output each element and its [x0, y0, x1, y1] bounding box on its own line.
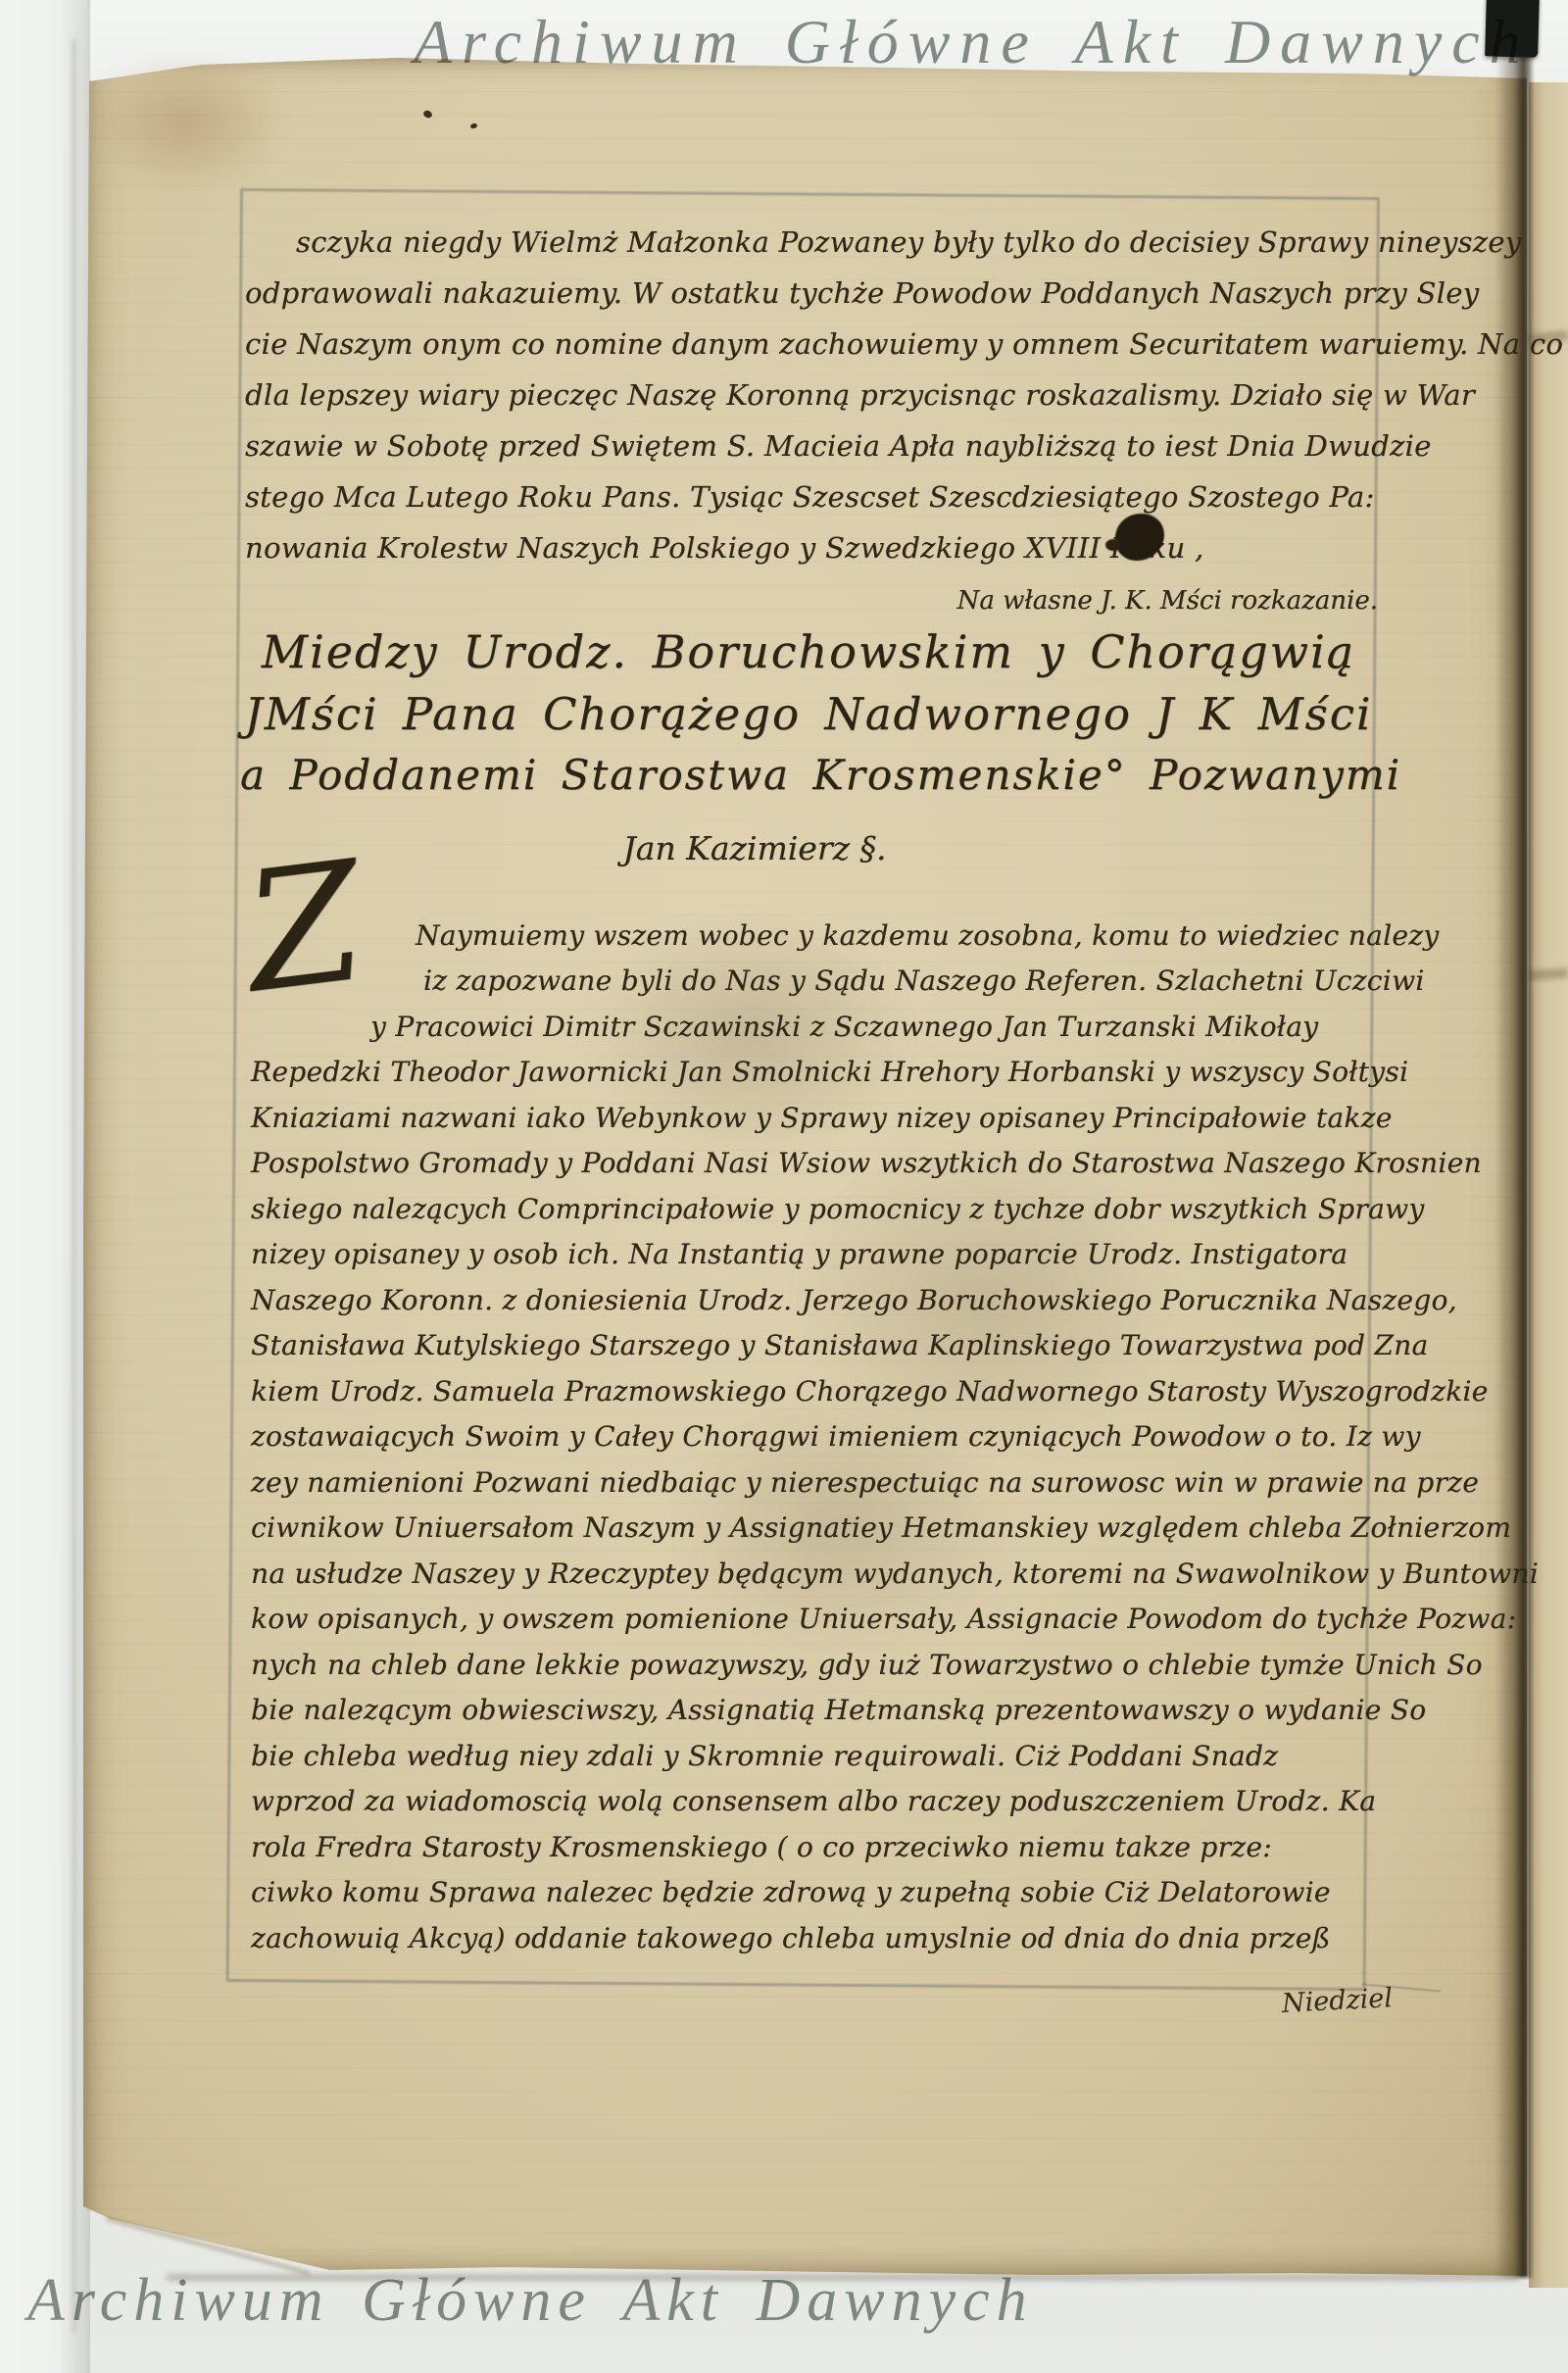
manuscript-line: y Pracowici Dimitr Sczawinski z Sczawneg… — [370, 1011, 1318, 1043]
manuscript-line: stego Mca Lutego Roku Pans. Tysiąc Szesc… — [245, 480, 1375, 514]
manuscript-line: Naszego Koronn. z doniesienia Urodz. Jer… — [251, 1284, 1457, 1316]
manuscript-line: bie chleba według niey zdali y Skromnie … — [251, 1740, 1278, 1772]
next-page-sliver — [1529, 82, 1568, 2288]
manuscript-line: nizey opisaney y osob ich. Na Instantią … — [251, 1238, 1347, 1270]
case-heading-line: JMści Pana Chorążego Nadwornego J K Mści — [240, 688, 1377, 740]
manuscript-line: zey namienioni Pozwani niedbaiąc y niere… — [251, 1466, 1479, 1499]
manuscript-line: ciwnikow Uniuersałom Naszym y Assignatie… — [251, 1511, 1511, 1544]
manuscript-line: Pospolstwo Gromady y Poddani Nasi Wsiow … — [251, 1147, 1482, 1179]
royal-salutation: Jan Kazimierz §. — [549, 829, 960, 867]
catchword: Niedziel — [1281, 1983, 1393, 2019]
manuscript-line: wprzod za wiadomoscią wolą consensem alb… — [251, 1785, 1376, 1817]
manuscript-line: bie nalezącym obwiesciwszy, Assignatią H… — [251, 1694, 1426, 1726]
binding-crease — [1495, 55, 1533, 2278]
attestation-note: Na własne J. K. Mści rozkazanie. — [931, 586, 1378, 616]
backing-paper-fold — [73, 39, 75, 2333]
manuscript-line: Kniaziami nazwani iako Webynkow y Sprawy… — [251, 1102, 1393, 1134]
manuscript-line: nych na chleb dane lekkie powazywszy, gd… — [251, 1649, 1483, 1681]
manuscript-line: cie Naszym onym co nomine danym zachowui… — [245, 327, 1563, 361]
manuscript-line: szawie w Sobotę przed Swiętem S. Macieia… — [245, 429, 1432, 463]
archive-watermark-bottom: Archiwum Główne Akt Dawnych — [27, 2266, 1034, 2336]
manuscript-line: nowania Krolestw Naszych Polskiego y Szw… — [245, 531, 1204, 565]
manuscript-line: kow opisanych, y owszem pomienione Uniue… — [251, 1603, 1516, 1635]
manuscript-line: sczyka niegdy Wielmż Małzonka Pozwaney b… — [296, 225, 1521, 259]
manuscript-line: odprawowali nakazuiemy. W ostatku tychże… — [245, 276, 1479, 310]
page-wrinkle — [1529, 968, 1568, 981]
archive-watermark-top: Archiwum Główne Akt Dawnych — [414, 6, 1531, 78]
manuscript-line: rola Fredra Starosty Krosmenskiego ( o c… — [251, 1831, 1272, 1863]
backing-paper-left-edge — [0, 0, 90, 2373]
manuscript-line: na usłudze Naszey y Rzeczyptey będącym w… — [251, 1557, 1539, 1590]
case-heading-line: a Poddanemi Starostwa Krosmenskie° Pozwa… — [240, 751, 1377, 799]
manuscript-line: ciwko komu Sprawa nalezec będzie zdrową … — [251, 1876, 1331, 1908]
corner-stain — [86, 54, 282, 191]
ornate-initial: Z — [237, 839, 370, 1016]
manuscript-line: Repedzki Theodor Jawornicki Jan Smolnick… — [251, 1056, 1408, 1088]
manuscript-line: iz zapozwane byli do Nas y Sądu Naszego … — [423, 964, 1425, 997]
case-heading-line: Miedzy Urodz. Boruchowskim y Chorągwią — [240, 625, 1377, 678]
manuscript-line: Naymuiemy wszem wobec y kazdemu zosobna,… — [416, 919, 1439, 952]
manuscript-line: skiego nalezących Comprincipałowie y pom… — [251, 1193, 1424, 1225]
manuscript-line: zachowuią Akcyą) oddanie takowego chleba… — [251, 1922, 1331, 1954]
manuscript-line: kiem Urodz. Samuela Prazmowskiego Chorąz… — [251, 1375, 1489, 1408]
archival-scan-canvas: sczyka niegdy Wielmż Małzonka Pozwaney b… — [0, 0, 1568, 2373]
manuscript-line: Stanisława Kutylskiego Starszego y Stani… — [251, 1329, 1429, 1361]
manuscript-line: zostawaiących Swoim y Całey Chorągwi imi… — [251, 1420, 1421, 1453]
manuscript-line: dla lepszey wiary pieczęc Naszę Koronną … — [245, 378, 1475, 412]
